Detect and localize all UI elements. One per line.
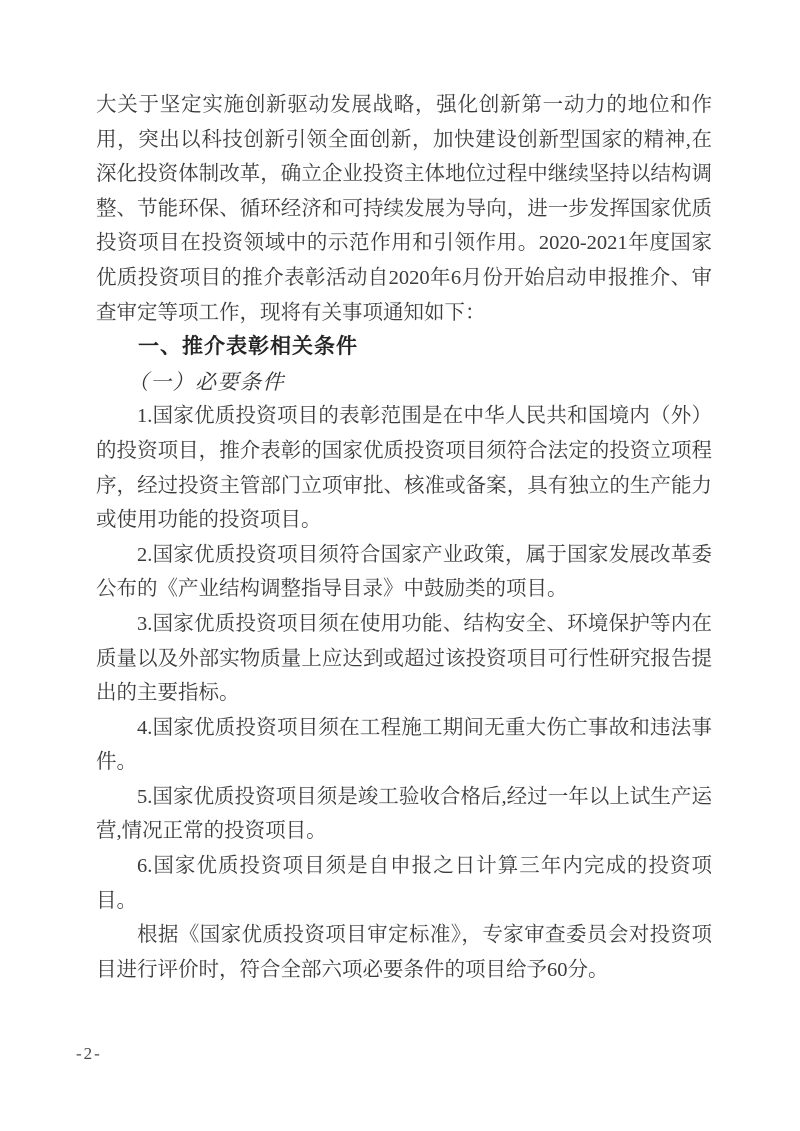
page-number: -2- xyxy=(76,1044,102,1064)
condition-item-4: 4.国家优质投资项目须在工程施工期间无重大伤亡事故和违法事件。 xyxy=(96,711,712,780)
document-body: 大关于坚定实施创新驱动发展战略，强化创新第一动力的地位和作用，突出以科技创新引领… xyxy=(96,88,712,987)
condition-item-6: 6.国家优质投资项目须是自申报之日计算三年内完成的投资项目。 xyxy=(96,849,712,918)
intro-paragraph: 大关于坚定实施创新驱动发展战略，强化创新第一动力的地位和作用，突出以科技创新引领… xyxy=(96,88,712,330)
condition-item-5: 5.国家优质投资项目须是竣工验收合格后,经过一年以上试生产运营,情况正常的投资项… xyxy=(96,780,712,849)
closing-paragraph: 根据《国家优质投资项目审定标准》，专家审查委员会对投资项目进行评价时，符合全部六… xyxy=(96,918,712,987)
condition-item-1: 1.国家优质投资项目的表彰范围是在中华人民共和国境内（外）的投资项目，推介表彰的… xyxy=(96,399,712,537)
section-heading: 一、推介表彰相关条件 xyxy=(96,330,712,365)
condition-item-3: 3.国家优质投资项目须在使用功能、结构安全、环境保护等内在质量以及外部实物质量上… xyxy=(96,607,712,711)
condition-item-2: 2.国家优质投资项目须符合国家产业政策，属于国家发展改革委公布的《产业结构调整指… xyxy=(96,538,712,607)
subsection-heading: （一）必要条件 xyxy=(96,365,712,400)
document-page: 大关于坚定实施创新驱动发展战略，强化创新第一动力的地位和作用，突出以科技创新引领… xyxy=(0,0,800,1131)
